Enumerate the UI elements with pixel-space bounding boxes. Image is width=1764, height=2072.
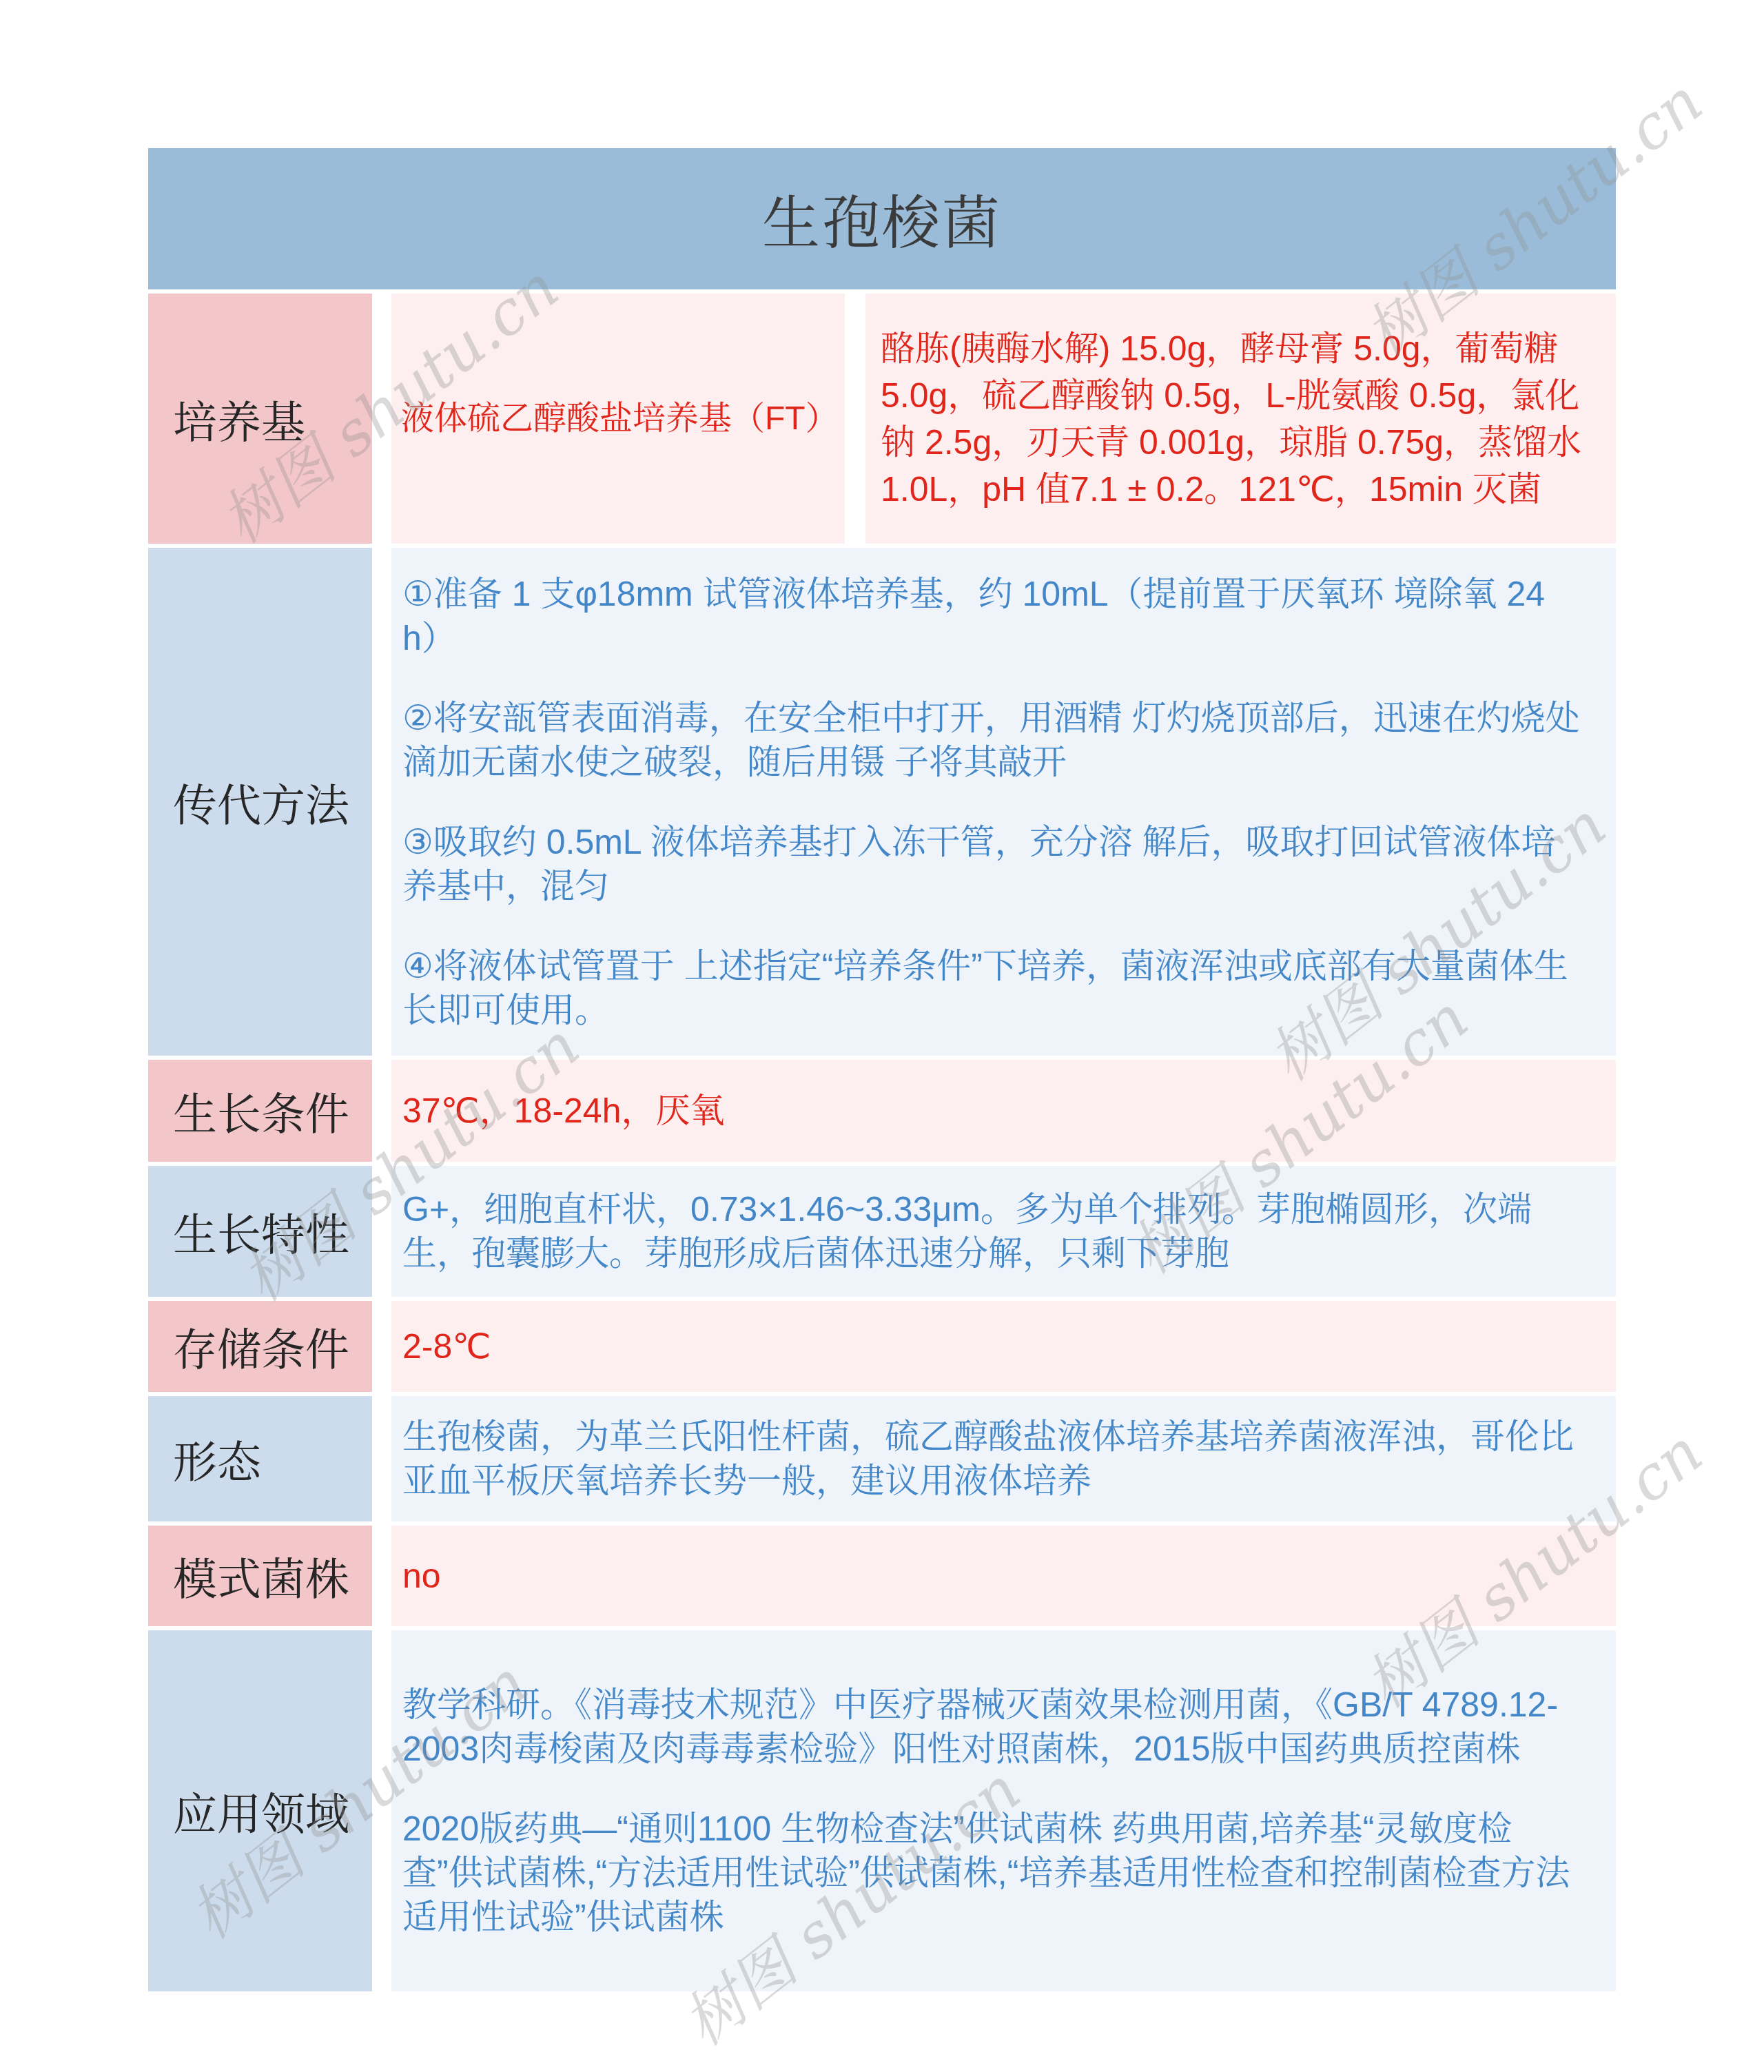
growth-conditions-value: 37℃，18-24h，厌氧 — [402, 1089, 1588, 1133]
row-passage-method: 传代方法 ①准备 1 支φ18mm 试管液体培养基，约 10mL（提前置于厌氧环… — [148, 548, 1616, 1056]
row-label-passage-method: 传代方法 — [148, 548, 372, 1056]
row-application-fields: 应用领域 教学科研。《消毒技术规范》中医疗器械灭菌效果检测用菌，《GB/T 47… — [148, 1630, 1616, 1991]
page-title: 生孢梭菌 — [148, 148, 1616, 289]
passage-step-3: ③吸取约 0.5mL 液体培养基打入冻干管，充分溶 解后，吸取打回试管液体培养基… — [402, 820, 1588, 908]
application-fields-paragraph-2: 2020版药典—“通则1100 生物检查法”供试菌株 药典用菌,培养基“灵敏度检… — [402, 1807, 1588, 1939]
row-label-type-strain: 模式菌株 — [148, 1526, 372, 1626]
infographic-page: { "page": { "title": "生孢梭菌" }, "watermar… — [0, 0, 1764, 2072]
application-fields-paragraphs: 教学科研。《消毒技术规范》中医疗器械灭菌效果检测用菌，《GB/T 4789.12… — [391, 1630, 1616, 1991]
culture-medium-name: 液体硫乙醇酸盐培养基（FT） — [391, 294, 845, 544]
row-growth-conditions: 生长条件 37℃，18-24h，厌氧 — [148, 1060, 1616, 1162]
application-fields-paragraph-1: 教学科研。《消毒技术规范》中医疗器械灭菌效果检测用菌，《GB/T 4789.12… — [402, 1683, 1588, 1771]
info-table: 生孢梭菌 培养基 液体硫乙醇酸盐培养基（FT） 酪胨(胰酶水解) 15.0g，酵… — [148, 148, 1616, 1996]
row-label-storage-conditions: 存储条件 — [148, 1301, 372, 1392]
type-strain-value: no — [402, 1554, 1588, 1598]
morphology-value-cell: 生孢梭菌，为革兰氏阳性杆菌，硫乙醇酸盐液体培养基培养菌液浑浊，哥伦比亚血平板厌氧… — [391, 1396, 1616, 1521]
passage-method-steps: ①准备 1 支φ18mm 试管液体培养基，约 10mL（提前置于厌氧环 境除氧 … — [391, 548, 1616, 1056]
row-storage-conditions: 存储条件 2-8℃ — [148, 1301, 1616, 1392]
row-type-strain: 模式菌株 no — [148, 1526, 1616, 1626]
growth-characteristics-value: G+，细胞直杆状，0.73×1.46~3.33μm。多为单个排列。芽胞椭圆形，次… — [402, 1187, 1588, 1275]
storage-conditions-value: 2-8℃ — [402, 1324, 1588, 1368]
row-culture-medium: 培养基 液体硫乙醇酸盐培养基（FT） 酪胨(胰酶水解) 15.0g，酵母膏 5.… — [148, 294, 1616, 544]
row-label-morphology: 形态 — [148, 1396, 372, 1521]
row-label-application-fields: 应用领域 — [148, 1630, 372, 1991]
row-growth-characteristics: 生长特性 G+，细胞直杆状，0.73×1.46~3.33μm。多为单个排列。芽胞… — [148, 1166, 1616, 1297]
type-strain-value-cell: no — [391, 1526, 1616, 1626]
morphology-value: 生孢梭菌，为革兰氏阳性杆菌，硫乙醇酸盐液体培养基培养菌液浑浊，哥伦比亚血平板厌氧… — [402, 1415, 1588, 1503]
growth-characteristics-value-cell: G+，细胞直杆状，0.73×1.46~3.33μm。多为单个排列。芽胞椭圆形，次… — [391, 1166, 1616, 1297]
culture-medium-recipe: 酪胨(胰酶水解) 15.0g，酵母膏 5.0g，葡萄糖 5.0g，硫乙醇酸钠 0… — [881, 325, 1599, 513]
culture-medium-cells: 液体硫乙醇酸盐培养基（FT） 酪胨(胰酶水解) 15.0g，酵母膏 5.0g，葡… — [391, 294, 1616, 544]
storage-conditions-value-cell: 2-8℃ — [391, 1301, 1616, 1392]
passage-step-1: ①准备 1 支φ18mm 试管液体培养基，约 10mL（提前置于厌氧环 境除氧 … — [402, 572, 1588, 660]
passage-step-4: ④将液体试管置于 上述指定“培养条件”下培养，菌液浑浊或底部有大量菌体生 长即可… — [402, 944, 1588, 1032]
row-label-culture-medium: 培养基 — [148, 294, 372, 544]
culture-medium-recipe-cell: 酪胨(胰酶水解) 15.0g，酵母膏 5.0g，葡萄糖 5.0g，硫乙醇酸钠 0… — [865, 294, 1616, 544]
row-label-growth-characteristics: 生长特性 — [148, 1166, 372, 1297]
row-morphology: 形态 生孢梭菌，为革兰氏阳性杆菌，硫乙醇酸盐液体培养基培养菌液浑浊，哥伦比亚血平… — [148, 1396, 1616, 1521]
row-label-growth-conditions: 生长条件 — [148, 1060, 372, 1162]
growth-conditions-value-cell: 37℃，18-24h，厌氧 — [391, 1060, 1616, 1162]
passage-step-2: ②将安瓿管表面消毒，在安全柜中打开，用酒精 灯灼烧顶部后，迅速在灼烧处滴加无菌水… — [402, 696, 1588, 784]
